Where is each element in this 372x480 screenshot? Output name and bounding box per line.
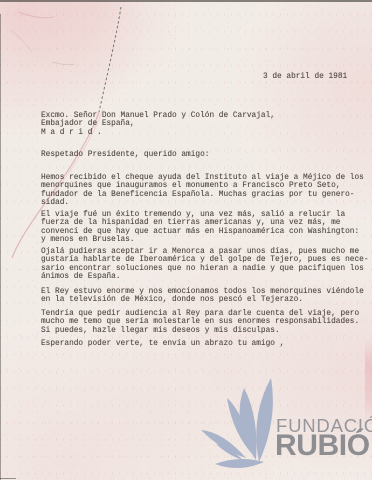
body-paragraph: El viaje fué un éxito tremendo y, una ve…	[41, 211, 359, 245]
scanned-letter-page: 3 de abril de 1981 Excmo. Señor Don Manu…	[0, 0, 372, 480]
fundacio-rubio-logo: FUNDACIÓ RUBIÓ	[185, 372, 372, 476]
recipient-address: Excmo. Señor Don Manuel Prado y Colón de…	[41, 112, 275, 137]
salutation: Respetado Presidente, querido amigo:	[41, 151, 209, 159]
scan-edge-top	[0, 0, 372, 2]
letter-date: 3 de abril de 1981	[263, 73, 347, 81]
body-paragraph: Hemos recibido el cheque ayuda del Insti…	[41, 174, 364, 208]
body-paragraph: El Rey estuvo enorme y nos emocionamos t…	[41, 288, 364, 305]
scan-edge-left	[0, 14, 1, 480]
scan-edge-bottom-mark	[0, 478, 16, 480]
body-paragraph: Ojalá pudieras aceptar ir a Menorca a pa…	[41, 248, 369, 282]
body-paragraph: Tendría que pedir audiencia al Rey para …	[41, 310, 359, 335]
closing-line: Esperando poder verte, te envía un abraz…	[41, 340, 284, 348]
org-name-rubio: RUBIÓ	[275, 431, 370, 461]
